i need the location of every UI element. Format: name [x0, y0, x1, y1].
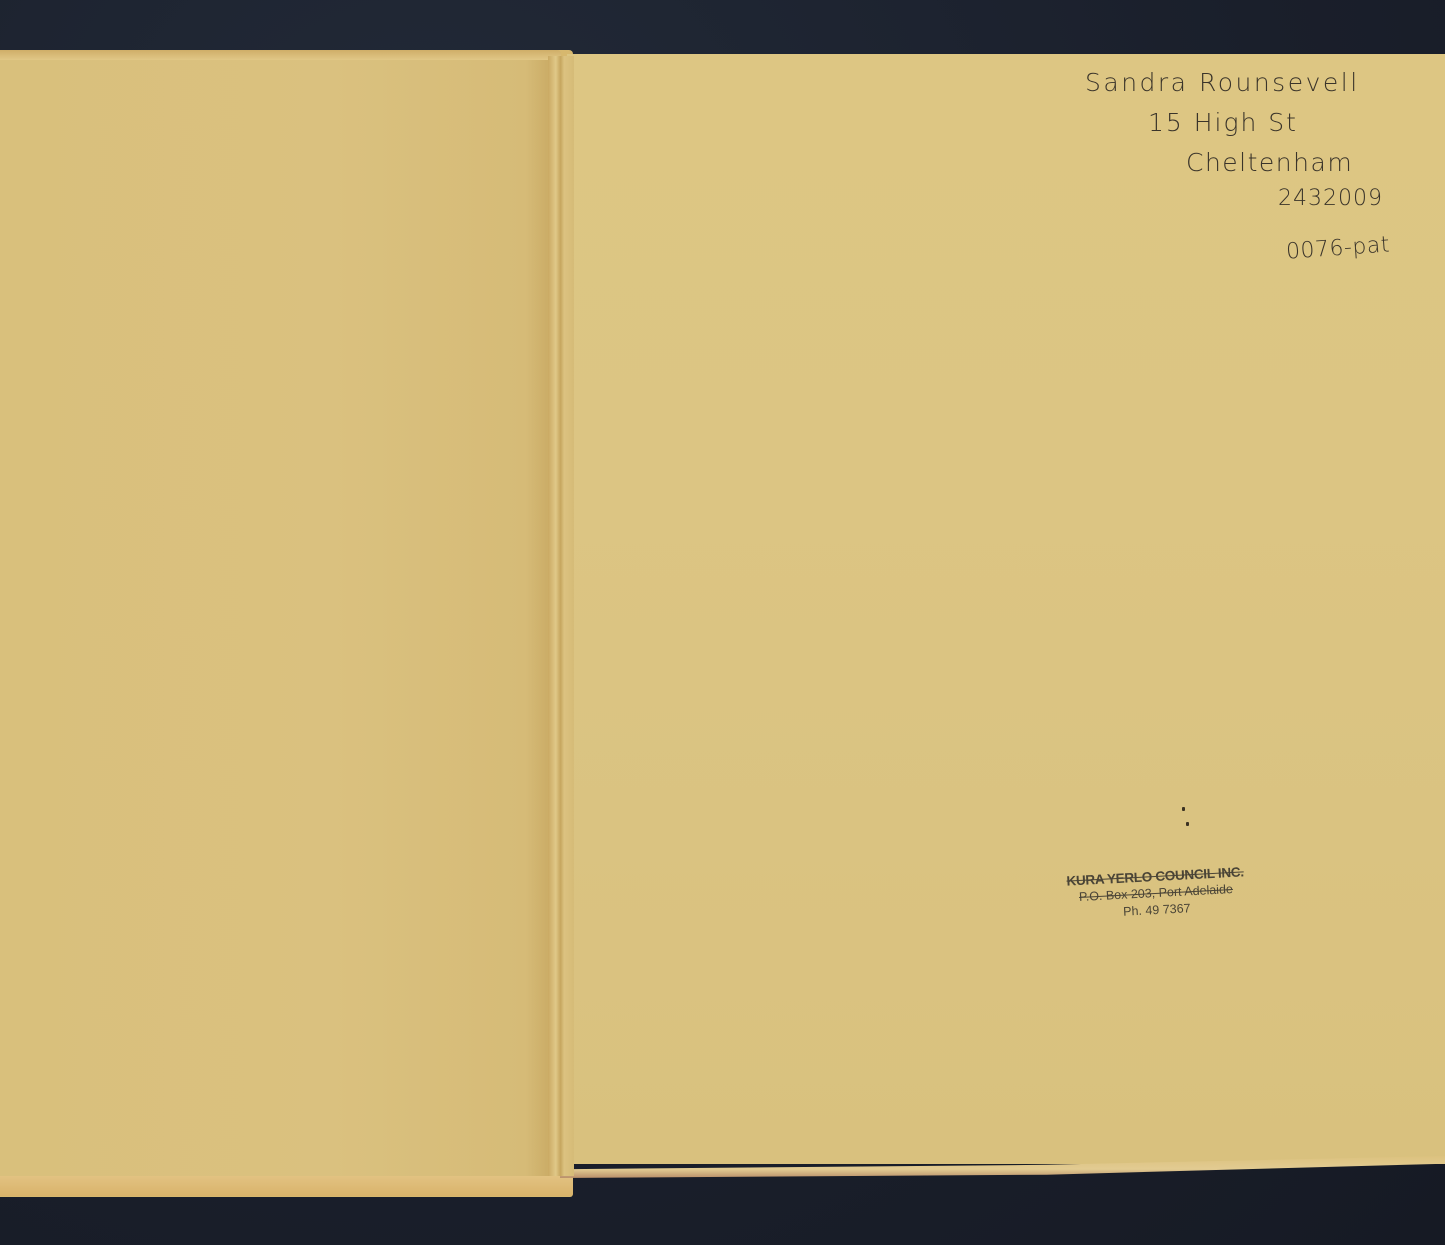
book-scene: Sandra Rounsevell 15 High St Cheltenham … — [0, 0, 1445, 1245]
inscription-town: Cheltenham — [1186, 148, 1353, 177]
book-gutter — [548, 56, 574, 1176]
right-endpaper — [567, 54, 1445, 1164]
inscription-street: 15 High St — [1148, 108, 1298, 137]
ink-speck — [1186, 822, 1189, 826]
left-bottom-edge — [0, 1176, 573, 1196]
left-endpaper — [0, 58, 554, 1176]
left-top-edge — [0, 50, 561, 60]
inscription-date: 2432009 — [1278, 186, 1383, 211]
inscription-name: Sandra Rounsevell — [1085, 68, 1360, 97]
ink-speck — [1182, 807, 1185, 811]
